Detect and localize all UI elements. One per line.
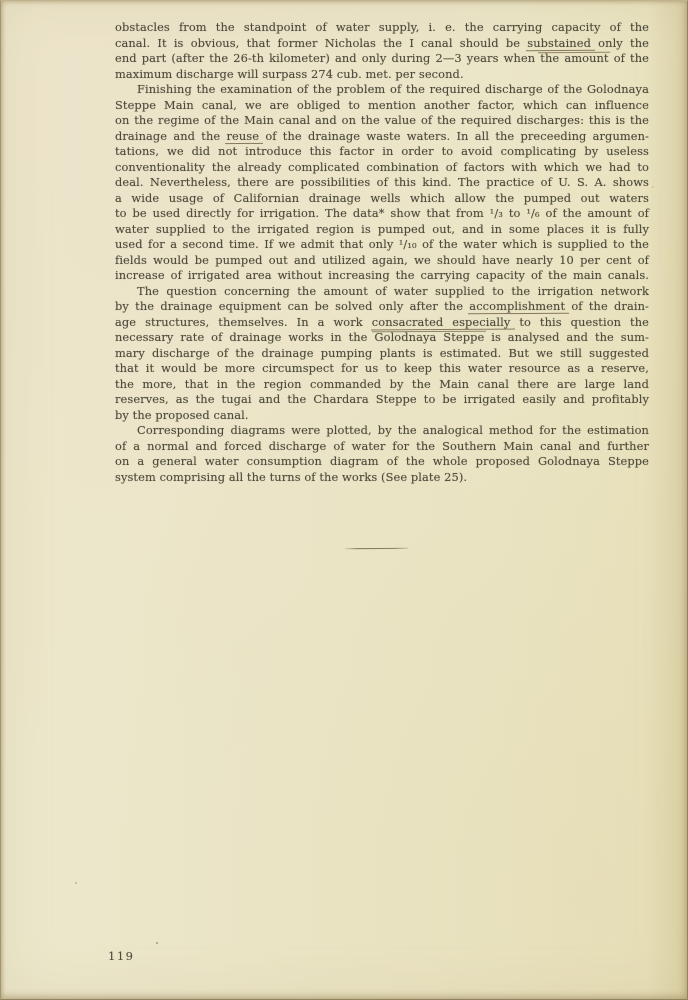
page-text: obstacles from the standpoint of water s… (115, 20, 649, 485)
text-line: fields would be pumped out and utilized … (115, 253, 649, 269)
text-line: tations, we did not introduce this facto… (115, 144, 649, 160)
text-line: end part (after the 26-th kilometer) and… (115, 51, 649, 67)
text-line: obstacles from the standpoint of water s… (115, 20, 649, 36)
pencil-mark: accomplishment (469, 299, 565, 313)
text-line: drainage and the reuse of the drainage w… (115, 129, 649, 145)
text-line: maximum discharge will surpass 274 cub. … (115, 67, 649, 83)
scanned-page: obstacles from the standpoint of water s… (0, 0, 688, 1000)
paper-speck (75, 882, 77, 884)
page-number: 119 (108, 949, 134, 963)
text-line: the more, that in the region commanded b… (115, 377, 649, 393)
text-line: of a normal and forced discharge of wate… (115, 439, 649, 455)
pencil-mark: consacrated especially (372, 315, 511, 329)
pencil-mark: substained (527, 36, 591, 50)
text-line: used for a second time. If we admit that… (115, 237, 649, 253)
text-line: necessary rate of drainage works in the … (115, 330, 649, 346)
text-line: to be used directly for irrigation. The … (115, 206, 649, 222)
text-line: age structures, themselves. In a work co… (115, 315, 649, 331)
text-line: mary discharge of the drainage pumping p… (115, 346, 649, 362)
pencil-mark: the amount (540, 51, 608, 65)
paper-speck (225, 57, 227, 58)
pencil-mark: Golodnaya Steppe (374, 330, 484, 344)
pencil-mark: reuse (226, 129, 259, 143)
text-line: system comprising all the turns of the w… (115, 470, 649, 486)
paper-speck (652, 186, 654, 188)
paper-speck (156, 942, 158, 944)
text-line: canal. It is obvious, that former Nichol… (115, 36, 649, 52)
text-line: a wide usage of Californian drainage wel… (115, 191, 649, 207)
text-line: increase of irrigated area without incre… (115, 268, 649, 284)
text-line: Finishing the examination of the problem… (115, 82, 649, 98)
text-line: by the drainage equipment can be solved … (115, 299, 649, 315)
text-line: on the regime of the Main canal and on t… (115, 113, 649, 129)
text-line: Corresponding diagrams were plotted, by … (115, 423, 649, 439)
text-line: water supplied to the irrigated region i… (115, 222, 649, 238)
text-line: The question concerning the amount of wa… (115, 284, 649, 300)
section-divider (345, 548, 408, 550)
text-line: Steppe Main canal, we are obliged to men… (115, 98, 649, 114)
text-line: reserves, as the tugai and the Chardara … (115, 392, 649, 408)
text-line: deal. Nevertheless, there are possibilit… (115, 175, 649, 191)
text-line: on a general water consumption diagram o… (115, 454, 649, 470)
text-line: by the proposed canal. (115, 408, 649, 424)
text-line: that it would be more circumspect for us… (115, 361, 649, 377)
text-line: conventionality the already complicated … (115, 160, 649, 176)
